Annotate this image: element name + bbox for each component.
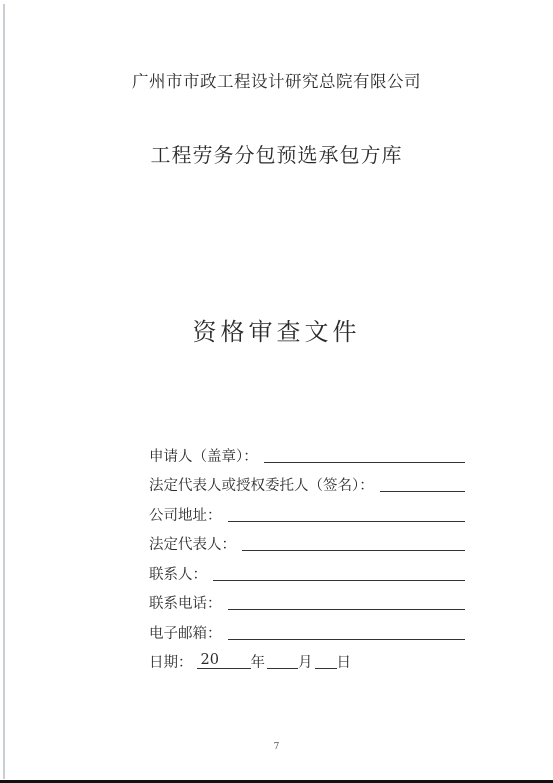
company-name: 广州市市政工程设计研究总院有限公司: [0, 68, 553, 92]
field-label: 申请人（盖章）：: [149, 447, 258, 467]
field-email: 电子邮箱：: [149, 614, 469, 644]
company-address-blank[interactable]: [228, 502, 466, 522]
contact-person-blank[interactable]: [213, 561, 465, 581]
field-contact-phone: 联系电话：: [149, 585, 469, 615]
field-label: 联系人：: [149, 565, 207, 585]
year-blank[interactable]: 20: [197, 649, 251, 669]
field-date: 日期： 20 年 月 日: [149, 644, 469, 674]
field-label: 法定代表人或授权委托人（签名）：: [149, 476, 374, 496]
page-number: 7: [0, 742, 553, 752]
date-label: 日期：: [149, 653, 193, 673]
year-unit: 年: [251, 653, 266, 673]
field-legal-representative: 法定代表人：: [149, 526, 469, 556]
month-unit: 月: [298, 653, 313, 673]
field-legal-rep-or-authorized: 法定代表人或授权委托人（签名）：: [149, 467, 469, 497]
document-title: 资格审查文件: [0, 312, 553, 347]
field-applicant: 申请人（盖章）：: [149, 437, 469, 467]
field-label: 法定代表人：: [149, 535, 236, 555]
field-label: 联系电话：: [149, 594, 222, 614]
qualification-form: 申请人（盖章）： 法定代表人或授权委托人（签名）： 公司地址： 法定代表人： 联…: [149, 437, 469, 673]
day-blank[interactable]: [315, 649, 337, 669]
email-blank[interactable]: [228, 620, 466, 640]
month-blank[interactable]: [267, 649, 298, 669]
legal-representative-blank[interactable]: [242, 531, 465, 551]
contact-phone-blank[interactable]: [228, 590, 466, 610]
applicant-seal-blank[interactable]: [264, 443, 465, 463]
field-contact-person: 联系人：: [149, 555, 469, 585]
field-label: 电子邮箱：: [149, 624, 222, 644]
legal-rep-signature-blank[interactable]: [380, 472, 465, 492]
project-name: 工程劳务分包预选承包方库: [0, 139, 553, 168]
page-left-edge: [3, 4, 5, 779]
day-unit: 日: [337, 653, 352, 673]
field-company-address: 公司地址：: [149, 496, 469, 526]
field-label: 公司地址：: [149, 506, 222, 526]
